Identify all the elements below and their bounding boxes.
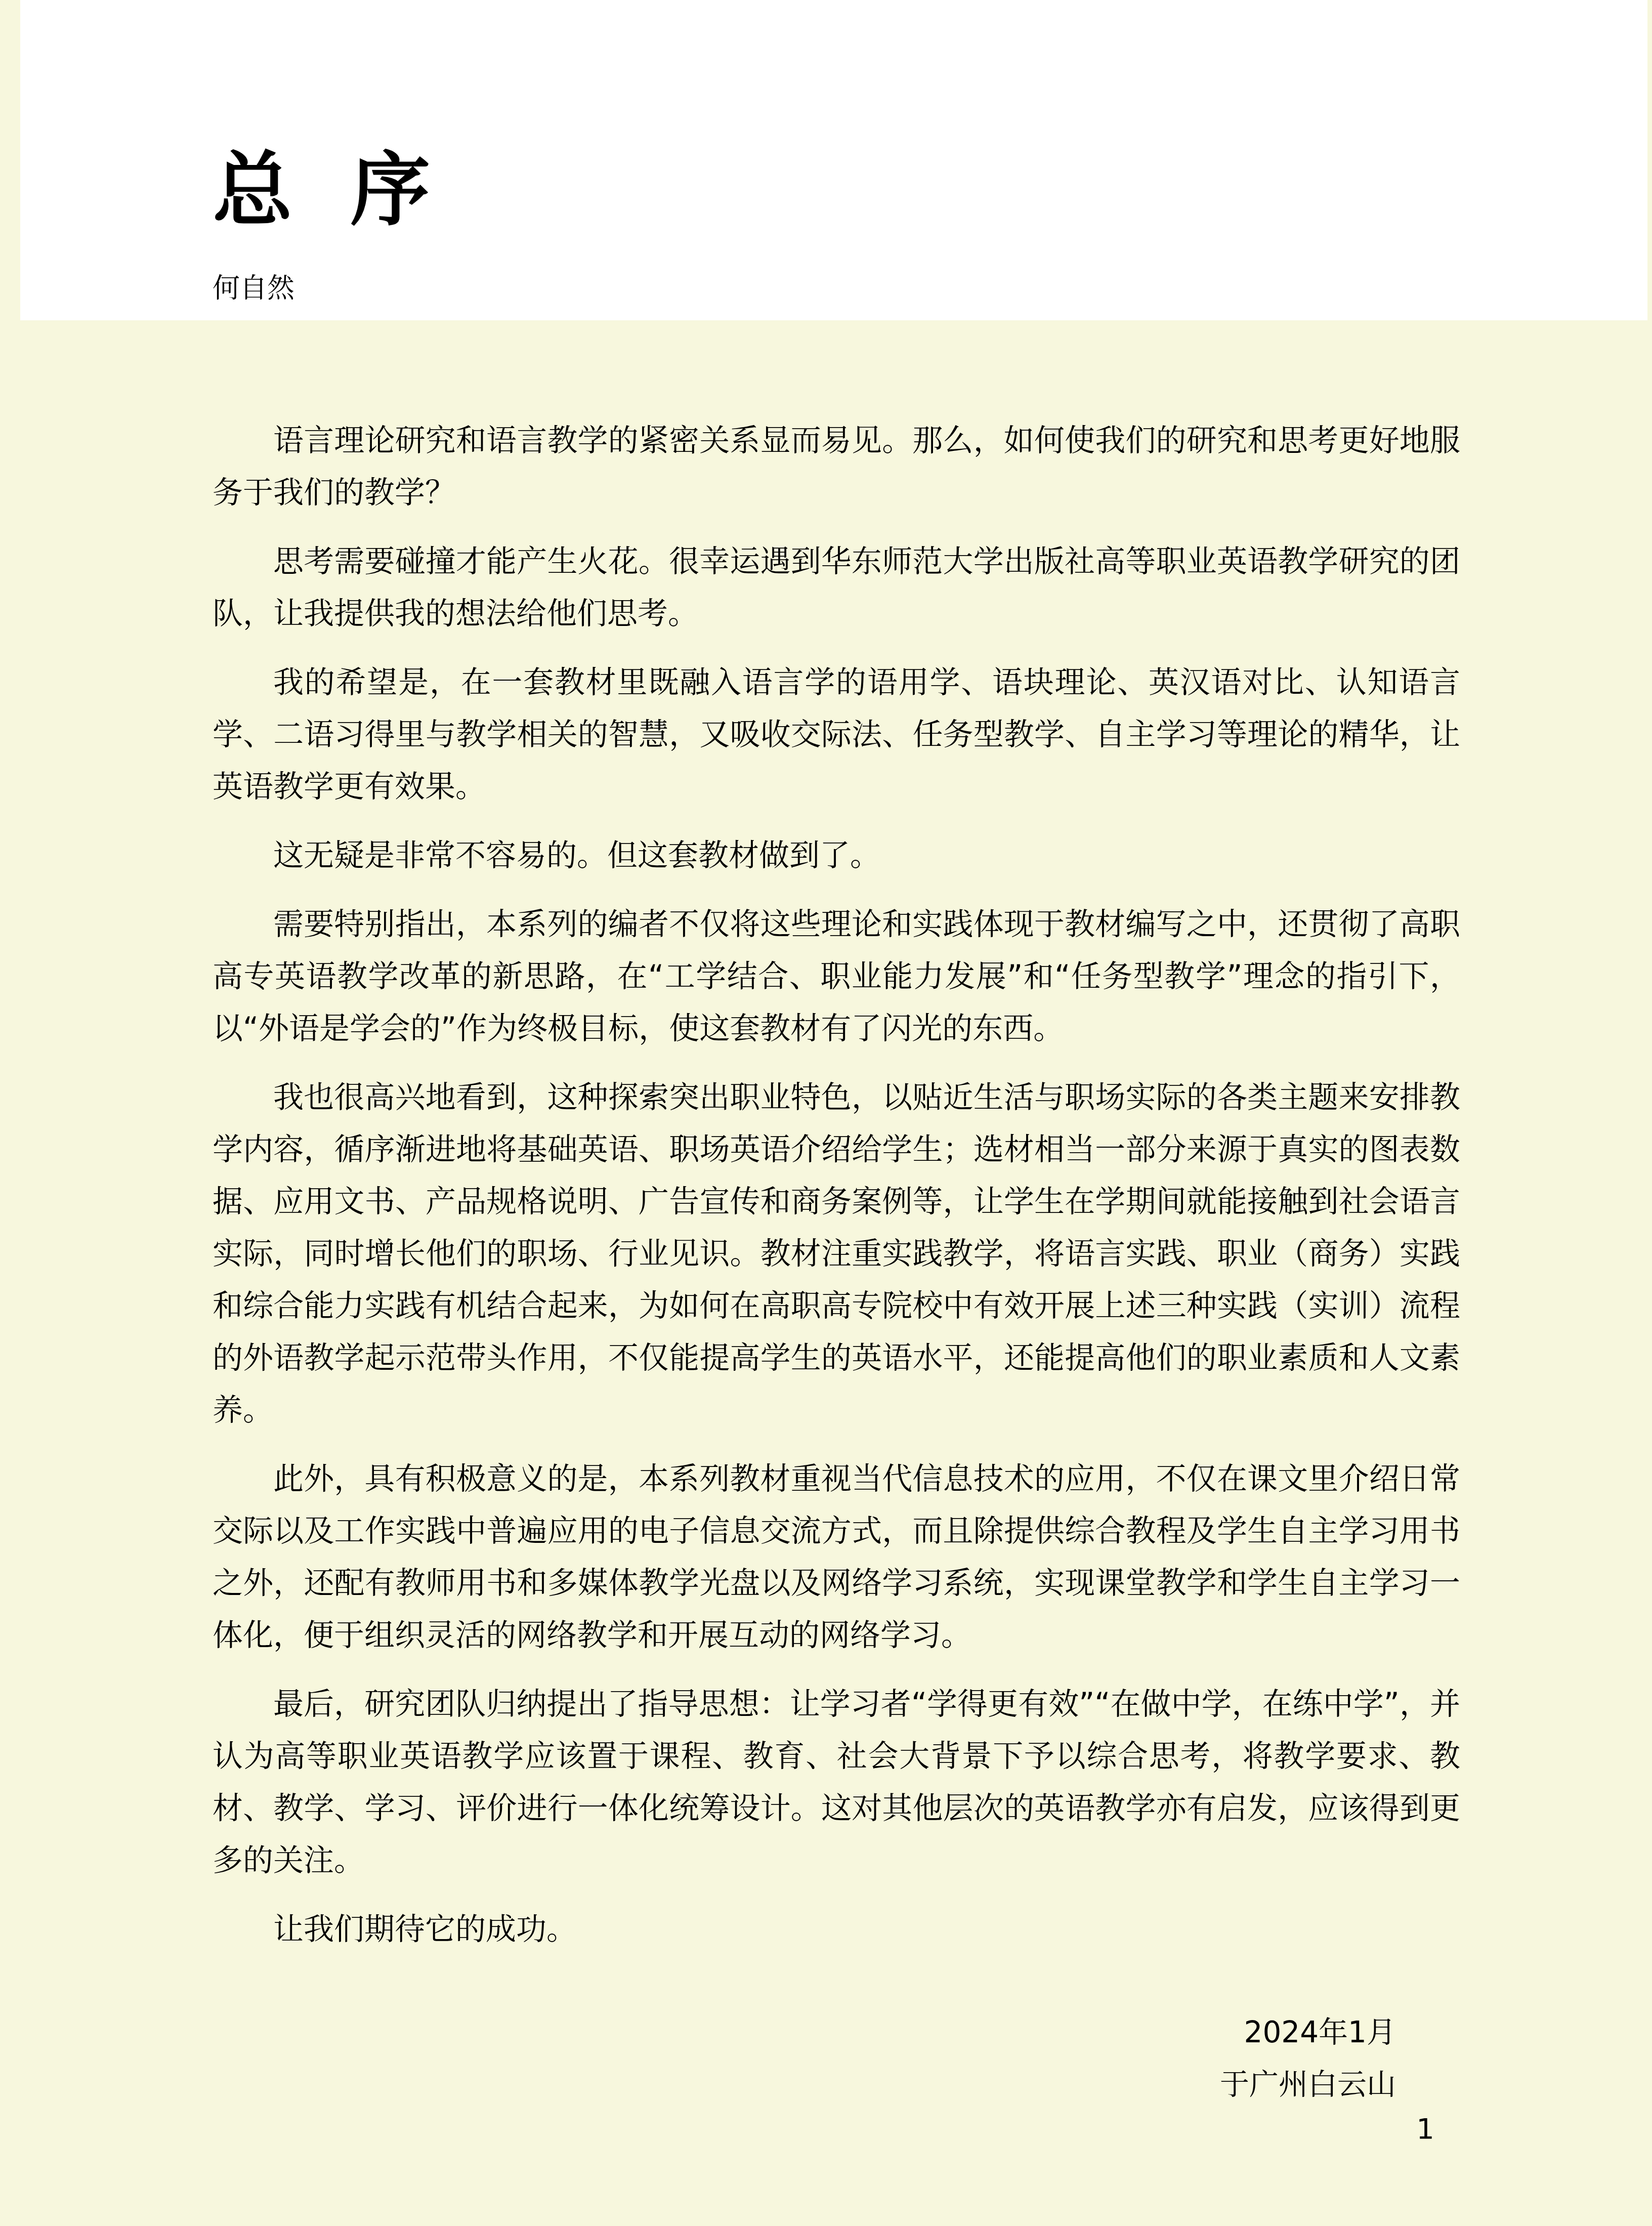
preface-paragraph: 最后，研究团队归纳提出了指导思想：让学习者“学得更有效”“在做中学，在练中学”，…: [213, 1678, 1460, 1887]
signature-block: 2024年1月 于广州白云山: [213, 2006, 1460, 2111]
preface-paragraph: 此外，具有积极意义的是，本系列教材重视当代信息技术的应用，不仅在课文里介绍日常交…: [213, 1453, 1460, 1662]
page-title: 总 序: [213, 147, 431, 235]
header-band: 总 序 何自然: [20, 0, 1647, 320]
preface-paragraph: 让我们期待它的成功。: [213, 1904, 1460, 1956]
preface-paragraph: 思考需要碰撞才能产生火花。很幸运遇到华东师范大学出版社高等职业英语教学研究的团队…: [213, 536, 1460, 640]
preface-paragraph: 需要特别指出，本系列的编者不仅将这些理论和实践体现于教材编写之中，还贯彻了高职高…: [213, 899, 1460, 1055]
author-name: 何自然: [213, 273, 294, 303]
preface-paragraph: 这无疑是非常不容易的。但这套教材做到了。: [213, 830, 1460, 882]
signature-date: 2024年1月: [213, 2006, 1396, 2059]
book-page: 总 序 何自然 语言理论研究和语言教学的紧密关系显而易见。那么，如何使我们的研究…: [0, 0, 1652, 2226]
preface-paragraph: 我的希望是，在一套教材里既融入语言学的语用学、语块理论、英汉语对比、认知语言学、…: [213, 657, 1460, 813]
page-number: 1: [1416, 2115, 1434, 2144]
signature-place: 于广州白云山: [213, 2059, 1396, 2111]
preface-paragraph: 语言理论研究和语言教学的紧密关系显而易见。那么，如何使我们的研究和思考更好地服务…: [213, 415, 1460, 519]
preface-paragraph: 我也很高兴地看到，这种探索突出职业特色，以贴近生活与职场实际的各类主题来安排教学…: [213, 1072, 1460, 1437]
preface-body: 语言理论研究和语言教学的紧密关系显而易见。那么，如何使我们的研究和思考更好地服务…: [213, 415, 1460, 2111]
